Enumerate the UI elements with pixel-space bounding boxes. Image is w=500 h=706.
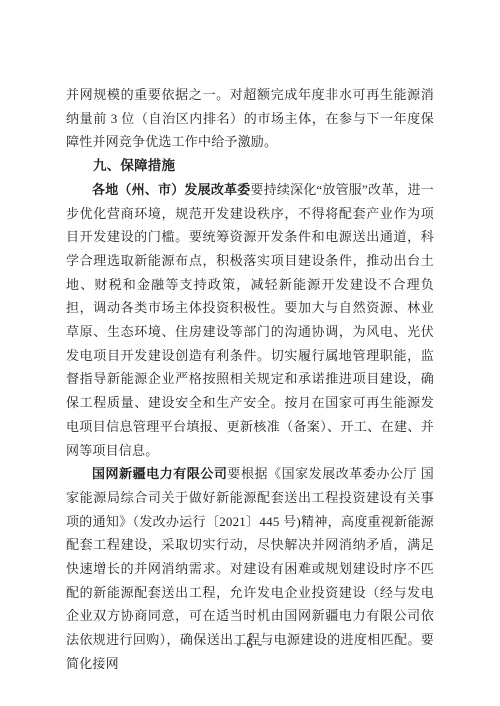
document-page: 并网规模的重要依据之一。对超额完成年度非水可再生能源消纳量前 3 位（自治区内排… [0, 0, 500, 706]
section-heading: 九、保障措施 [66, 154, 434, 178]
page-number: - 6 - [0, 636, 500, 652]
document-body: 并网规模的重要依据之一。对超额完成年度非水可再生能源消纳量前 3 位（自治区内排… [66, 83, 434, 676]
paragraph-local-development-reform: 各地（州、市）发展改革委要持续深化“放管服”改革，进一步优化营商环境，规范开发建… [66, 178, 434, 462]
paragraph-lead-state-grid: 国网新疆电力有限公司 [92, 466, 227, 481]
paragraph-lead-local-drc: 各地（州、市）发展改革委 [92, 182, 250, 197]
paragraph-body-text: 要持续深化“放管服”改革，进一步优化营商环境，规范开发建设秩序，不得将配套产业作… [66, 182, 434, 458]
paragraph-continuation: 并网规模的重要依据之一。对超额完成年度非水可再生能源消纳量前 3 位（自治区内排… [66, 83, 434, 154]
